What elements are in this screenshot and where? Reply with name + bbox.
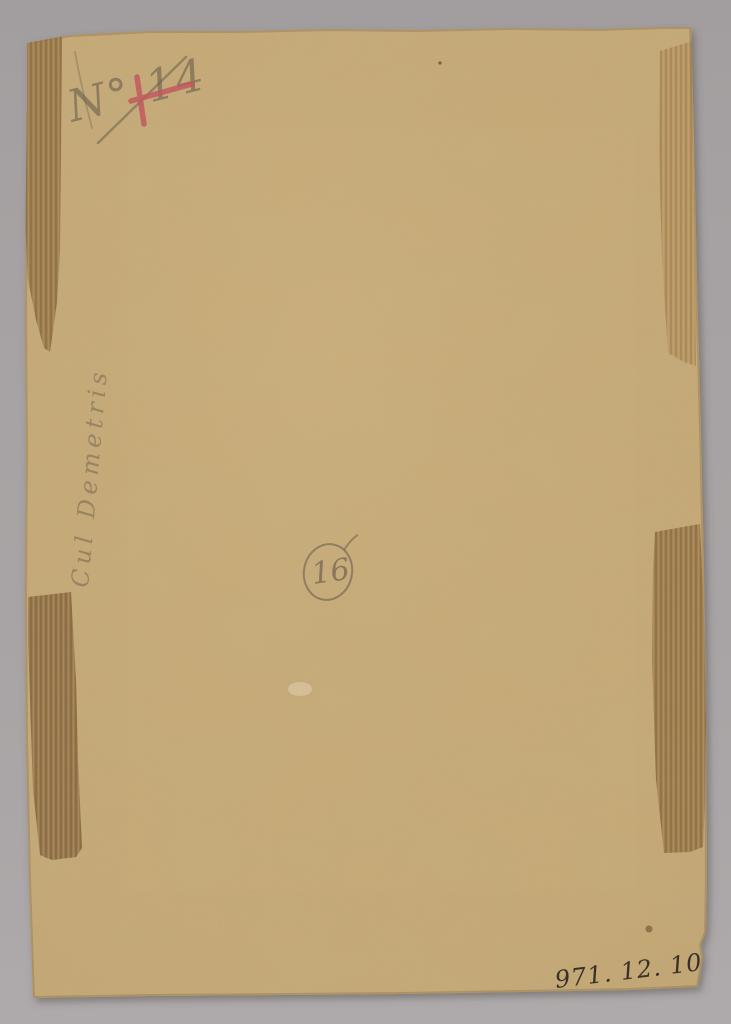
pencil-circled-number-text: 16 (309, 552, 352, 592)
photo-canvas: N° 14 Cul Demetris 16 971. 12. 1021 (0, 0, 731, 1024)
tiny-speck (438, 61, 441, 64)
light-abrasion-stain (288, 682, 312, 696)
tape-strip-middle-right (652, 524, 706, 853)
tape-strip-middle-right-texture (652, 524, 706, 853)
brown-spot-stain (646, 926, 653, 933)
paper-grain (0, 0, 731, 1024)
photograph-of-artwork-verso: N° 14 Cul Demetris 16 971. 12. 1021 (0, 0, 731, 1024)
